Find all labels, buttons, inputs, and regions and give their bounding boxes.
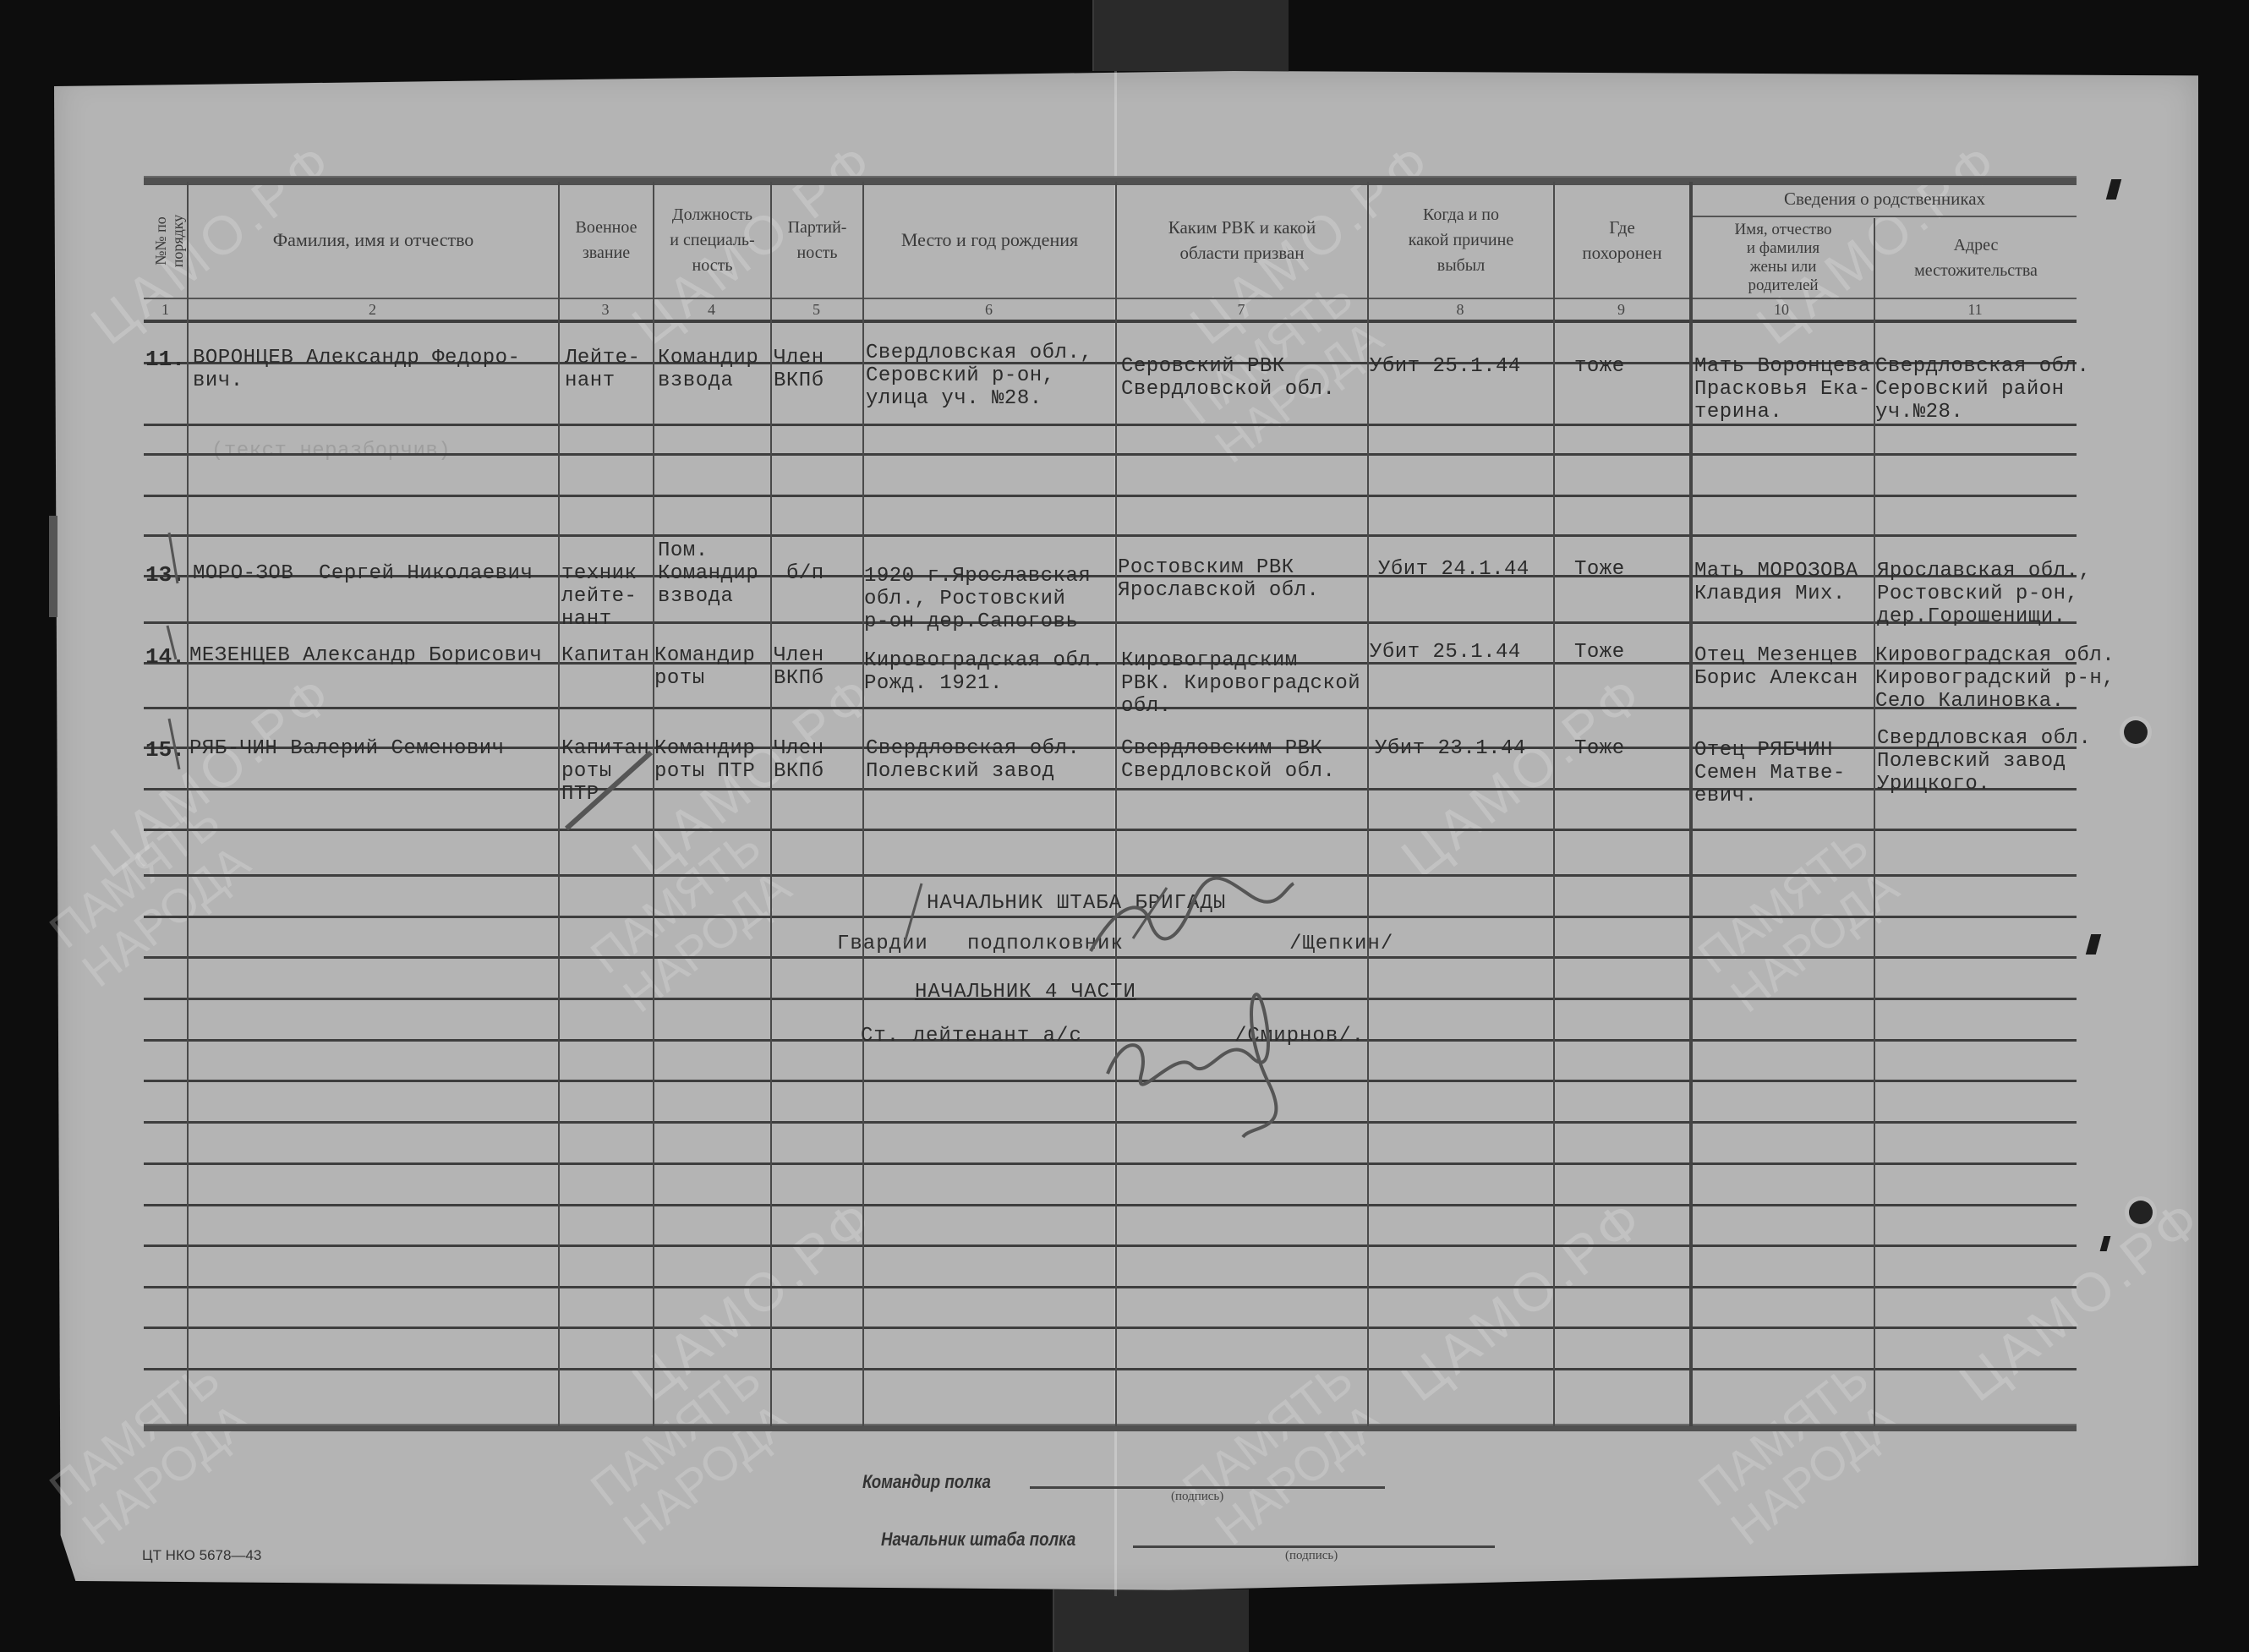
section-4-chief-name: /Смирнов/. (1234, 1025, 1365, 1048)
header-col-9: Где похоронен (1555, 182, 1689, 298)
cell-rank: техник лейте- нант (561, 562, 637, 631)
cell-relative: Отец Мезенцев Борис Алексан (1694, 644, 1858, 690)
scanner-ruler-top (1092, 0, 1289, 71)
cell-name: РЯБ-ЧИН Валерий Семенович (189, 737, 505, 760)
cell-rvk: Ростовским РВК Ярославской обл. (1118, 556, 1319, 602)
punch-hole (2129, 1201, 2153, 1224)
col-divider (770, 182, 772, 1426)
cell-rvk: Свердловским РВК Свердловской обл. (1121, 737, 1335, 783)
row-rule (144, 621, 2077, 624)
header-col-8: Когда и по какой причине выбыл (1369, 182, 1553, 298)
cell-rank: Капитан роты ПТР (561, 737, 649, 806)
colnum-3: 3 (558, 301, 653, 319)
cell-birth: Кировоградская обл. Рожд. 1921. (864, 649, 1103, 695)
cell-address: Кировоградская обл. Кировоградский р-н, … (1875, 644, 2115, 713)
cell-name: (текст неразборчив) (211, 440, 451, 462)
col-divider (558, 182, 560, 1426)
colnum-11: 11 (1874, 301, 2077, 319)
cell-birth: 1920 г.Ярославская обл., Ростовский р-он… (864, 565, 1091, 633)
row-rule (144, 534, 2077, 537)
header-col-3: Военное звание (560, 182, 653, 298)
row-number: 11. (145, 347, 185, 372)
punch-hole (2124, 720, 2148, 744)
row-number: 15. (145, 737, 185, 763)
row-rule (144, 916, 2077, 918)
cell-address: Свердловская обл. Серовский район уч.№28… (1875, 355, 2089, 424)
header-col-2: Фамилия, имя и отчество (189, 182, 558, 298)
col-divider (1115, 182, 1117, 1426)
colnum-7: 7 (1115, 301, 1367, 319)
colnum-1: 1 (144, 301, 187, 319)
header-relatives-group: Сведения о родственниках (1693, 182, 2077, 216)
scanner-ruler-bottom (1053, 1589, 1249, 1652)
row-rule (144, 1286, 2077, 1288)
row-rule (144, 1244, 2077, 1247)
cell-name: МОРО-ЗОВ Сергей Николаевич (193, 562, 533, 585)
colnum-10: 10 (1689, 301, 1874, 319)
row-rule (144, 1039, 2077, 1042)
chief-of-staff-name: /Щепкин/ (1289, 933, 1393, 955)
cell-birth: Свердловская обл., Серовский р-он, улица… (866, 342, 1092, 410)
chief-of-staff-rank: Гвардии подполковник (837, 933, 1124, 955)
row-rule (144, 1204, 2077, 1206)
chief-of-staff-title: НАЧАЛЬНИК ШТАБА БРИГАДЫ (927, 892, 1226, 915)
col-divider (187, 182, 189, 1426)
cell-rank: Лейте- нант (565, 347, 640, 392)
header-col-11: Адрес местожительства (1875, 218, 2077, 298)
colnum-6: 6 (862, 301, 1115, 319)
cell-buried: Тоже (1574, 558, 1625, 581)
cell-party: Член ВКПб (774, 644, 824, 690)
row-rule (144, 1121, 2077, 1124)
cell-when: Убит 24.1.44 (1378, 558, 1529, 581)
row-rule (144, 707, 2077, 709)
regiment-chief-of-staff-label: Начальник штаба полка (881, 1529, 1075, 1551)
row-rule (144, 1327, 2077, 1329)
cell-when: Убит 25.1.44 (1370, 355, 1521, 378)
col-divider (862, 182, 864, 1426)
cell-position: Командир роты (654, 644, 755, 690)
row-rule (144, 1162, 2077, 1165)
form-code: ЦТ НКО 5678—43 (142, 1547, 261, 1564)
cell-when: Убит 23.1.44 (1375, 737, 1526, 760)
cell-position: Командир взвода (658, 347, 758, 392)
edge-tab-marker (49, 516, 57, 617)
cell-when: Убит 25.1.44 (1370, 641, 1521, 664)
cell-buried: Тоже (1574, 641, 1625, 664)
cell-rvk: Серовский РВК Свердловской обл. (1121, 355, 1335, 401)
header-col-10: Имя, отчество и фамилия жены или родител… (1693, 218, 1874, 298)
cell-birth: Свердловская обл. Полевский завод (866, 737, 1080, 783)
table-bottom-rule (144, 1424, 2077, 1431)
colnum-9: 9 (1553, 301, 1689, 319)
row-rule (144, 495, 2077, 497)
cell-relative: Отец РЯБЧИН Семен Матве- евич. (1694, 739, 1846, 807)
header-col-4: Должность и специаль- ность (654, 182, 770, 298)
row-rule (144, 1080, 2077, 1082)
row-rule (144, 874, 2077, 877)
cell-name: ВОРОНЦЕВ Александр Федоро- вич. (193, 347, 520, 392)
colnum-4: 4 (653, 301, 770, 319)
cell-party: б/п (786, 562, 824, 585)
cell-rvk: Кировоградским РВК. Кировоградской обл. (1121, 649, 1360, 718)
cell-buried: Тоже (1574, 737, 1625, 760)
col-divider (653, 182, 654, 1426)
commander-label: Командир полка (862, 1471, 991, 1493)
colnum-bottom-rule (144, 320, 2077, 323)
row-rule (144, 956, 2077, 959)
header-bottom-rule (144, 298, 2077, 299)
cell-rank: Капитан (561, 644, 649, 667)
header-col-5: Партий- ность (772, 182, 862, 298)
col-divider (1367, 182, 1369, 1426)
row-number: 14. (145, 644, 185, 670)
colnum-8: 8 (1367, 301, 1553, 319)
cell-relative: Мать Воронцева Прасковья Ека- терина. (1694, 355, 1871, 424)
section-4-chief-rank: Ст. лейтенант а/с (861, 1025, 1082, 1048)
row-rule (144, 1368, 2077, 1370)
colnum-5: 5 (770, 301, 862, 319)
cell-name: МЕЗЕНЦЕВ Александр Борисович (189, 644, 542, 667)
cell-party: Член ВКПб (774, 347, 824, 392)
section-4-chief-title: НАЧАЛЬНИК 4 ЧАСТИ (915, 981, 1136, 1004)
cell-buried: тоже (1574, 355, 1625, 378)
row-rule (144, 829, 2077, 831)
row-number: 13. (145, 562, 185, 588)
colnum-2: 2 (187, 301, 558, 319)
cell-address: Свердловская обл. Полевский завод Урицко… (1877, 727, 2091, 796)
cell-position: Командир роты ПТР (654, 737, 755, 783)
chief-signature-line (1133, 1545, 1495, 1548)
chief-signature-caption: (подпись) (1285, 1549, 1338, 1563)
row-rule (144, 424, 2077, 426)
cell-address: Ярославская обл., Ростовский р-он, дер.Г… (1877, 560, 2091, 628)
commander-signature-line (1030, 1486, 1385, 1489)
cell-position: Пом. Командир взвода (658, 539, 758, 608)
header-col-1: №№ по порядку (152, 190, 186, 292)
col-divider (1553, 182, 1555, 1426)
cell-party: Член ВКПб (774, 737, 824, 783)
header-col-6: Место и год рождения (864, 182, 1115, 298)
header-col-7: Каким РВК и какой области призван (1117, 182, 1367, 298)
col-divider (1689, 182, 1693, 1426)
relatives-subheader-rule (1689, 216, 2077, 217)
cell-relative: Мать МОРОЗОВА Клавдия Мих. (1694, 560, 1858, 605)
commander-signature-caption: (подпись) (1171, 1490, 1223, 1504)
